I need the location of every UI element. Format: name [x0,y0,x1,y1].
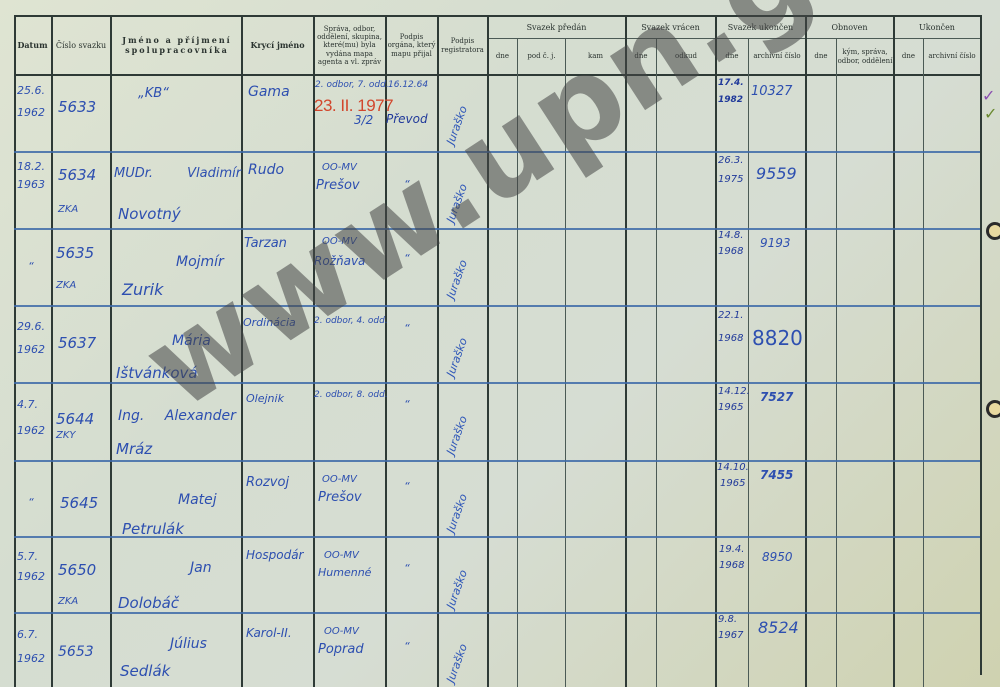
row-kryci: Tarzan [244,236,287,251]
row-kryci: Ordinácia [243,316,296,329]
row-jmeno-1: Mojmír [176,254,224,270]
row-ukoncen-dne-year: 1968 [718,333,743,344]
binder-ring-icon [986,400,1000,418]
check-mark-icon: ✓ [982,86,995,105]
row-cislo-sub: ZKY [56,430,76,441]
row-jmeno-1: Ing. Alexander [118,408,236,424]
check-mark-icon: ✓ [984,104,997,123]
row-date-day: 29.6. [17,320,45,333]
row-podpis-organa: “ [404,252,410,265]
row-sprava-1: OO-MV [322,474,357,485]
column-divider [836,38,837,687]
column-divider [437,15,439,687]
row-ukoncen-dne-day: 14.10. [717,462,749,473]
row-jmeno-1: MUDr. Vladimír [114,166,241,181]
row-podpis-organa: “ [404,480,410,493]
row-date-year: 1962 [17,570,45,583]
row-ukoncen-arch: 7527 [760,390,793,404]
row-jmeno-1: Matej [178,492,217,508]
header-obnoven-kym: kým, správa, odbor, oddělení [837,39,893,74]
row-sprava-2: Poprad [318,642,364,657]
row-jmeno-2: Zurik [122,280,163,299]
row-ukoncen-dne-year: 1967 [718,630,743,641]
column-divider [748,38,749,687]
row-registrator-signature: Juraško [444,642,470,684]
column-divider [517,38,518,687]
binder-ring-icon [986,222,1000,240]
header-ukoncen-dne: dne [716,39,748,74]
row-sprava-1: OO-MV [322,162,357,173]
header-ukoncen2-archivni-cislo: archivní číslo [924,39,980,74]
header-podpis-organa: Podpis orgána, který mapu přijal [386,17,437,74]
row-cislo: 5634 [58,166,96,184]
row-cislo: 5650 [58,561,96,579]
column-divider [565,38,566,687]
row-ukoncen-dne-day: 14.8. [718,230,743,241]
row-podpis-organa: “ [404,640,410,653]
header-predan: Svazek předán [488,17,625,38]
header-datum: Datum [14,17,51,74]
row-podpis-organa-2: Převod [386,112,428,126]
table-right-border [980,15,982,675]
column-divider [805,15,807,687]
row-cislo: 5637 [58,334,96,352]
header-ukoncen: Svazek ukončen [716,17,805,38]
header-vracen-dne: dne [626,39,656,74]
row-date-day: “ [28,496,34,509]
row-date-year: 1962 [17,106,45,119]
header-vracen: Svazek vrácen [626,17,715,38]
row-podpis-organa: “ [404,398,410,411]
row-cislo-sub: ZKA [56,280,76,291]
row-registrator-signature: Juraško [444,336,470,378]
row-ukoncen-arch: 8950 [762,550,793,564]
row-date-day: 18.2. [17,160,45,173]
header-ukoncen-archivni-cislo: archivní číslo [749,39,805,74]
row-ukoncen-arch: 8820 [752,326,803,350]
row-podpis-organa: “ [404,178,410,191]
row-sprava-1: 2. odbor, 8. odd. [314,390,388,400]
row-podpis-organa: “ [404,562,410,575]
row-sprava-2: Humenné [318,566,371,579]
row-date-day: 6.7. [17,628,38,641]
row-divider [14,151,980,153]
header-predan-dne: dne [488,39,517,74]
row-date-day: 4.7. [17,398,38,411]
row-registrator-signature: Juraško [444,104,470,146]
row-divider [14,305,980,307]
row-cislo-sub: ZKA [58,204,78,215]
row-kryci: Rozvoj [246,475,289,490]
row-date-day: “ [28,260,34,273]
row-ukoncen-dne-year: 1975 [718,174,743,185]
row-jmeno-1: Jan [190,560,212,576]
column-divider [625,15,627,687]
column-divider [715,15,717,687]
column-divider [51,15,53,687]
row-kryci: Rudo [248,162,284,178]
row-cislo: 5653 [58,644,94,660]
header-vracen-odkud: odkud [657,39,715,74]
column-divider [893,15,895,687]
row-cislo-sub: ZKA [58,596,78,607]
row-ukoncen-arch: 9559 [756,164,797,183]
column-divider [923,38,924,687]
row-registrator-signature: Juraško [444,492,470,534]
row-jmeno-2: Petrulák [122,520,184,538]
column-divider [241,15,243,687]
row-ukoncen-dne-year: 1982 [718,95,743,105]
row-ukoncen-dne-year: 1965 [718,402,743,413]
row-ukoncen-dne-day: 19.4. [719,544,744,555]
column-divider [14,15,16,687]
register-sheet: Datum Číslo svazku Jméno a příjmení spol… [0,0,1000,687]
row-ukoncen-dne-day: 17.4. [718,78,744,88]
row-sprava-2: Prešov [316,178,360,193]
row-sprava-1: OO-MV [324,626,359,637]
row-cislo: 5633 [58,98,96,116]
header-ukoncen2: Ukončen [894,17,980,38]
header-sprava: Správa, odbor, oddělení, skupina, které(… [314,17,385,74]
row-date-year: 1962 [17,424,45,437]
row-divider [14,460,980,462]
row-ukoncen-dne-year: 1965 [720,478,745,489]
row-ukoncen-arch: 10327 [751,84,792,99]
row-ukoncen-dne-day: 22.1. [718,310,743,321]
row-kryci: Hospodár [246,548,303,562]
row-date-year: 1962 [17,652,45,665]
row-registrator-signature: Juraško [444,258,470,300]
row-cislo: 5645 [60,494,98,512]
row-ukoncen-dne-year: 1968 [719,560,744,571]
row-ukoncen-arch: 9193 [760,236,791,250]
header-jmeno: Jméno a příjmení spolupracovníka [118,17,236,74]
row-jmeno-2: Novotný [118,205,181,223]
row-jmeno-2: Ištvánková [116,364,198,382]
row-podpis-organa: “ [404,322,410,335]
row-jmeno-2: Sedlák [120,662,170,680]
row-cislo: 5644 [56,410,94,428]
header-predan-pod-cj: pod č. j. [518,39,565,74]
row-sprava-1: OO-MV [322,236,357,247]
row-sprava-1: 2. odbor, 4. odd. [314,316,388,326]
row-registrator-signature: Juraško [444,182,470,224]
row-divider [14,228,980,230]
row-sprava-1: OO-MV [324,550,359,561]
header-obnoven: Obnoven [806,17,893,38]
row-registrator-signature: Juraško [444,568,470,610]
row-date-day: 5.7. [17,550,38,563]
row-ukoncen-dne-day: 14.12. [718,386,750,397]
row-registrator-signature: Juraško [444,414,470,456]
row-jmeno-2: Dolobáč [118,594,179,612]
row-stamp-note: 3/2 [354,113,373,127]
row-date-day: 25.6. [17,84,45,97]
header-kryci-jmeno: Krycí jméno [242,17,313,74]
column-divider [110,15,112,687]
row-ukoncen-arch: 8524 [758,618,799,637]
row-sprava-2: Prešov [318,490,362,505]
row-ukoncen-dne-year: 1968 [718,246,743,257]
row-ukoncen-dne-day: 26.3. [718,155,743,166]
row-date-year: 1962 [17,343,45,356]
row-kryci: Olejnik [246,392,284,405]
row-date-year: 1963 [17,178,45,191]
row-cislo: 5635 [56,244,94,262]
row-ukoncen-arch: 7455 [760,468,793,482]
row-kryci: Karol-II. [246,626,292,640]
row-divider [14,612,980,614]
header-ukoncen2-dne: dne [894,39,923,74]
row-divider [14,382,980,384]
row-ukoncen-dne-day: 9.8. [718,614,737,625]
header-predan-kam: kam [566,39,625,74]
row-jmeno-2: Mráz [116,440,152,458]
column-divider [487,15,489,687]
row-sprava-1: 2. odbor, 7. odd. [315,80,389,90]
row-jmeno-1: Július [170,636,207,652]
row-sprava-2: Rožňava [314,254,365,268]
header-obnoven-dne: dne [806,39,836,74]
row-kryci: Gama [248,84,290,100]
column-divider [656,38,657,687]
row-podpis-organa: 16.12.64 [388,80,428,90]
header-podpis-registratora: Podpis registratora [438,17,487,74]
row-jmeno-1: Mária [172,333,211,349]
header-cislo-svazku: Číslo svazku [52,17,110,74]
row-jmeno-1: „KB“ [138,86,169,101]
